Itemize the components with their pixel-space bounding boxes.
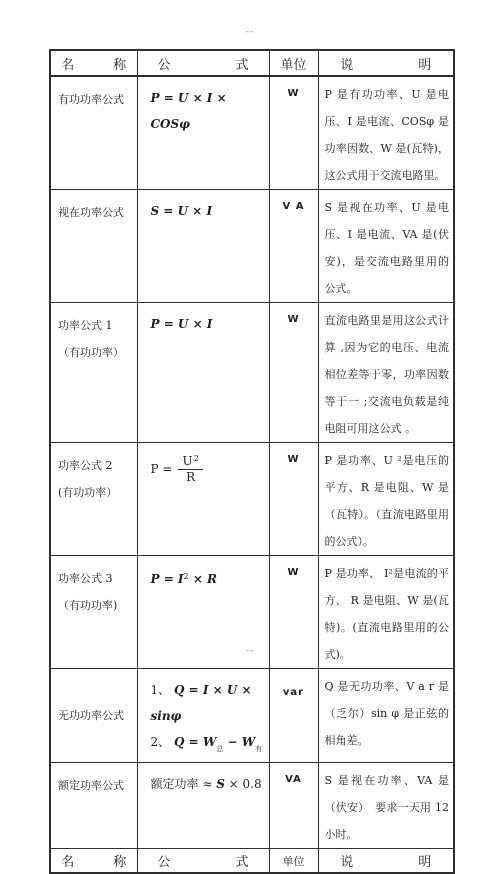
explanation-cell: P 是功率、U ²是电压的平方、R 是电阻、W 是（瓦特）。（直流电路里用的公式… [318, 443, 454, 556]
footer-formula: 公 式 [137, 849, 269, 874]
formula-suffix: × 0.8 [225, 777, 262, 791]
unit-cell: W [269, 303, 318, 443]
name-cell: 额定功率公式 [50, 763, 137, 849]
table-footer-row: 名 称 公 式 单位 说 明 [50, 849, 454, 874]
name-cell: 有功功率公式 [50, 76, 137, 190]
formula2-prefix: Q = W [174, 735, 216, 749]
explanation-cell: S 是视在功率、VA 是（伏安） 要求一天用 12 小时。 [318, 763, 454, 849]
header-unit: 单位 [269, 50, 318, 76]
table-header-row: 名 称 公 式 单位 说 明 [50, 50, 454, 76]
formula2-sub-active: 有 [255, 745, 262, 753]
unit-cell: V A [269, 190, 318, 303]
name-line2: (有功功率） [58, 479, 135, 506]
explanation-cell: Q 是无功功率、V a r 是（乏尔）sin φ 是正弦的相角差。 [318, 669, 454, 763]
name-cell: 视在功率公式 [50, 190, 137, 303]
header-explanation: 说 明 [318, 50, 454, 76]
page-footer-mark: -- [0, 646, 500, 656]
unit-cell: W [269, 443, 318, 556]
formula-variable: S [216, 777, 225, 791]
formula-base: P = I [151, 572, 184, 586]
name-line2: （有功功率) [58, 592, 135, 619]
name-line1: 功率公式 3 [58, 565, 135, 592]
formula1-label: 1、 [151, 683, 171, 697]
table-row: 视在功率公式 S = U × I V A S 是视在功率、U 是电压、I 是电流… [50, 190, 454, 303]
name-cell: 功率公式 1 （有功功率） [50, 303, 137, 443]
explanation-cell: S 是视在功率、U 是电压、I 是电流、VA 是(伏安)，是交流电路里用的公式。 [318, 190, 454, 303]
table-row: 无功功率公式 1、 Q = I × U × sinφ 2、 Q = W总 − W… [50, 669, 454, 763]
explanation-cell: 直流电路里是用这公式计算 ,因为它的电压、电流相位差等于零，功率因数等于一 ;交… [318, 303, 454, 443]
footer-name: 名 称 [50, 849, 137, 874]
formula-cell: P =U 2R [137, 443, 269, 556]
formula2-mid: − W [223, 735, 255, 749]
table-row: 额定功率公式 额定功率 ≈ S × 0.8 VA S 是视在功率、VA 是（伏安… [50, 763, 454, 849]
unit-cell: W [269, 76, 318, 190]
name-line1: 功率公式 2 [58, 452, 135, 479]
formula-prefix: 额定功率 ≈ [151, 777, 217, 791]
unit-cell: var [269, 669, 318, 763]
formula-lhs: P = [151, 462, 173, 476]
table-row: 功率公式 2 (有功功率） P =U 2R W P 是功率、U ²是电压的平方、… [50, 443, 454, 556]
explanation-cell: P 是有功功率、U 是电压、I 是电流、COSφ 是功率因数、W 是(瓦特)，这… [318, 76, 454, 190]
numerator-exponent: 2 [194, 454, 199, 463]
formula-text: S = U × I [151, 204, 213, 218]
footer-explanation: 说 明 [318, 849, 454, 874]
table-row: 有功功率公式 P = U × I × COSφ W P 是有功功率、U 是电压、… [50, 76, 454, 190]
footer-unit: 单位 [269, 849, 318, 874]
formula2-label: 2、 [151, 735, 171, 749]
table-row: 功率公式 1 （有功功率） P = U × I W 直流电路里是用这公式计算 ,… [50, 303, 454, 443]
fraction: U 2R [178, 451, 202, 485]
document-page: -- 名 称 公 式 单位 说 明 有功功率公式 P = U × I × COS… [0, 0, 500, 707]
name-line2: （有功功率） [58, 339, 135, 366]
formula-cell: 额定功率 ≈ S × 0.8 [137, 763, 269, 849]
formula-rest: × R [189, 572, 217, 586]
name-line1: 功率公式 1 [58, 312, 135, 339]
header-name: 名 称 [50, 50, 137, 76]
unit-cell: VA [269, 763, 318, 849]
page-header-mark: -- [0, 27, 500, 37]
formula-cell: 1、 Q = I × U × sinφ 2、 Q = W总 − W有 [137, 669, 269, 763]
header-formula: 公 式 [137, 50, 269, 76]
formula-text: P = U × I × COSφ [151, 91, 227, 131]
power-formula-table: 名 称 公 式 单位 说 明 有功功率公式 P = U × I × COSφ W… [49, 49, 455, 874]
fraction-denominator: R [178, 470, 202, 485]
fraction-numerator: U [182, 454, 192, 468]
name-cell: 功率公式 2 (有功功率） [50, 443, 137, 556]
formula-text: P = U × I [151, 317, 213, 331]
name-cell: 无功功率公式 [50, 669, 137, 763]
